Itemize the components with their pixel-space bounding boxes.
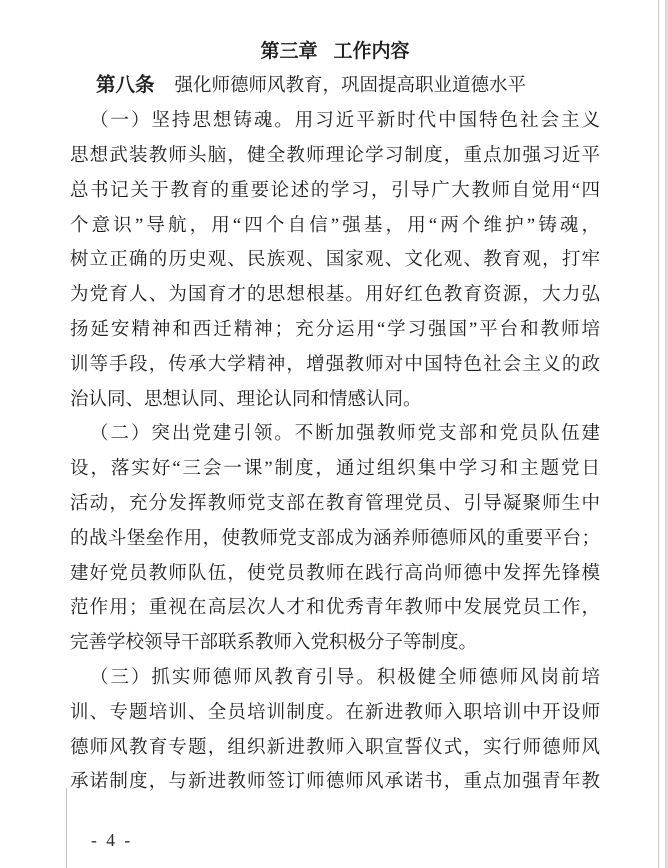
- chapter-label: 第三章: [260, 41, 317, 62]
- body-line: 树立正确的历史观、民族观、国家观、文化观、教育观，打牢: [70, 243, 600, 278]
- body-line: 训、专题培训、全员培训制度。在新进教师入职培训中开设师: [70, 696, 600, 731]
- chapter-heading: 第三章工作内容: [70, 35, 600, 70]
- body-line: 总书记关于教育的重要论述的学习，引导广大教师自觉用“四: [70, 174, 600, 209]
- body-line: 范作用；重视在高层次人才和优秀青年教师中发展党员工作，: [70, 591, 600, 626]
- body-line: （三）抓实师德师风教育引导。积极健全师德师风岗前培: [70, 661, 600, 696]
- body-line: 完善学校领导干部联系教师入党积极分子等制度。: [70, 626, 600, 661]
- chapter-title: 工作内容: [334, 41, 410, 62]
- body-line: （二）突出党建引领。不断加强教师党支部和党员队伍建: [70, 417, 600, 452]
- document-page: 第三章工作内容 第八条强化师德师风教育，巩固提高职业道德水平 （一）坚持思想铸魂…: [0, 0, 668, 868]
- article-title: 强化师德师风教育，巩固提高职业道德水平: [175, 76, 527, 96]
- article-number: 第八条: [96, 75, 155, 96]
- body-line: 治认同、思想认同、理论认同和情感认同。: [70, 383, 600, 418]
- body-line: 建好党员教师队伍，使党员教师在践行高尚师德中发挥先锋模: [70, 557, 600, 592]
- scan-artifact-left-line: [66, 788, 67, 868]
- page-number: - 4 -: [91, 826, 133, 854]
- body-line: 设，落实好“三会一课”制度，通过组织集中学习和主题党日: [70, 452, 600, 487]
- body-line: （一）坚持思想铸魂。用习近平新时代中国特色社会主义: [70, 104, 600, 139]
- body-line: 个意识”导航，用“四个自信”强基，用“两个维护”铸魂，: [70, 209, 600, 244]
- body-line: 训等手段，传承大学精神，增强教师对中国特色社会主义的政: [70, 348, 600, 383]
- body-line: 为党育人、为国育才的思想根基。用好红色教育资源，大力弘: [70, 278, 600, 313]
- text-column: 第三章工作内容 第八条强化师德师风教育，巩固提高职业道德水平 （一）坚持思想铸魂…: [70, 35, 600, 801]
- body-line: 活动，充分发挥教师党支部在教育管理党员、引导凝聚师生中: [70, 487, 600, 522]
- scan-artifact-right-line: [658, 0, 659, 868]
- article-heading: 第八条强化师德师风教育，巩固提高职业道德水平: [70, 69, 600, 104]
- body-line: 思想武装教师头脑，健全教师理论学习制度，重点加强习近平: [70, 139, 600, 174]
- body-line: 承诺制度，与新进教师签订师德师风承诺书，重点加强青年教: [70, 765, 600, 800]
- body-line: 扬延安精神和西迁精神；充分运用“学习强国”平台和教师培: [70, 313, 600, 348]
- body-line: 德师风教育专题，组织新进教师入职宣誓仪式，实行师德师风: [70, 731, 600, 766]
- body-line: 的战斗堡垒作用，使教师党支部成为涵养师德师风的重要平台；: [70, 522, 600, 557]
